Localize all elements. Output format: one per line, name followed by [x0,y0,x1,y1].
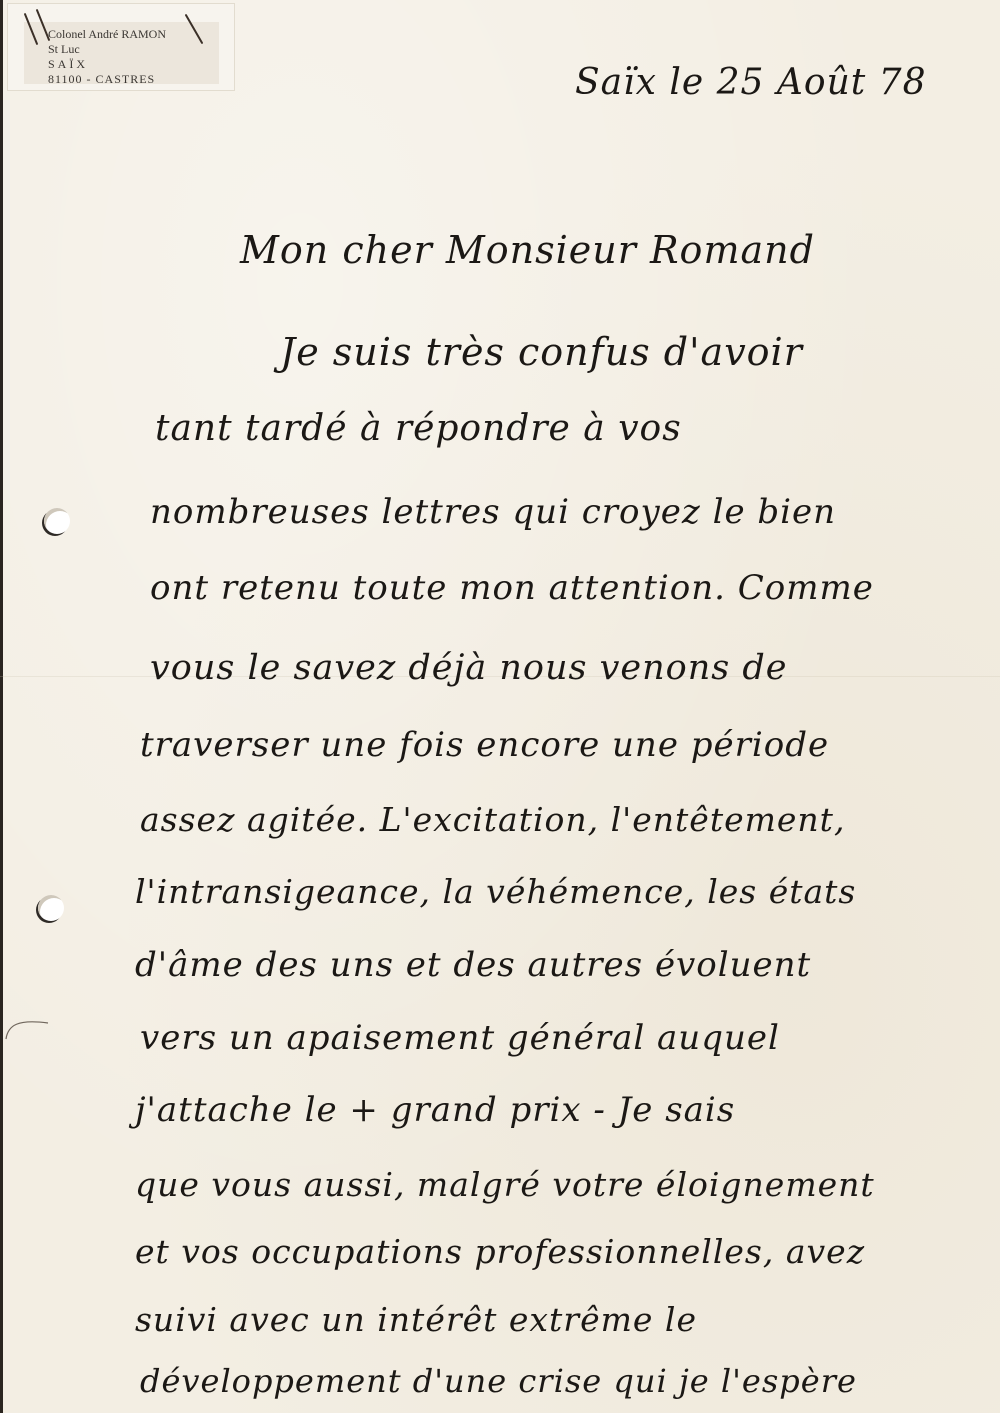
body-line: vous le savez déjà nous venons de [150,648,787,688]
place-date: Saïx le 25 Août 78 [575,62,926,103]
body-line: l'intransigeance, la véhémence, les état… [135,872,856,911]
body-line: tant tardé à répondre à vos [155,408,682,449]
body-line: traverser une fois encore une période [140,725,829,765]
punch-hole [38,895,64,921]
body-line: ont retenu toute mon attention. Comme [150,568,874,608]
body-line: nombreuses lettres qui croyez le bien [150,492,836,532]
body-line: Je suis très confus d'avoir [280,330,803,374]
pencil-mark-icon [4,1013,54,1043]
body-line: suivi avec un intérêt extrême le [135,1300,697,1339]
body-line: j'attache le + grand prix - Je sais [135,1090,735,1130]
body-line: assez agitée. L'excitation, l'entêtement… [140,800,845,839]
body-line: que vous aussi, malgré votre éloignement [135,1165,875,1204]
body-line: vers un apaisement général auquel [140,1018,780,1058]
body-line: développement d'une crise qui je l'espèr… [140,1362,857,1400]
salutation: Mon cher Monsieur Romand [240,228,815,272]
punch-hole [44,508,70,534]
page-edge-shadow [0,0,3,1413]
address-label: Colonel André RAMON St Luc SAÏX 81100 - … [8,4,234,90]
address-town: SAÏX [48,57,88,72]
body-line: d'âme des uns et des autres évoluent [135,945,811,985]
address-street: St Luc [48,42,80,57]
address-postcode-city: 81100 - CASTRES [48,72,155,87]
address-name: Colonel André RAMON [48,27,166,42]
body-line: et vos occupations professionnelles, ave… [135,1232,865,1271]
